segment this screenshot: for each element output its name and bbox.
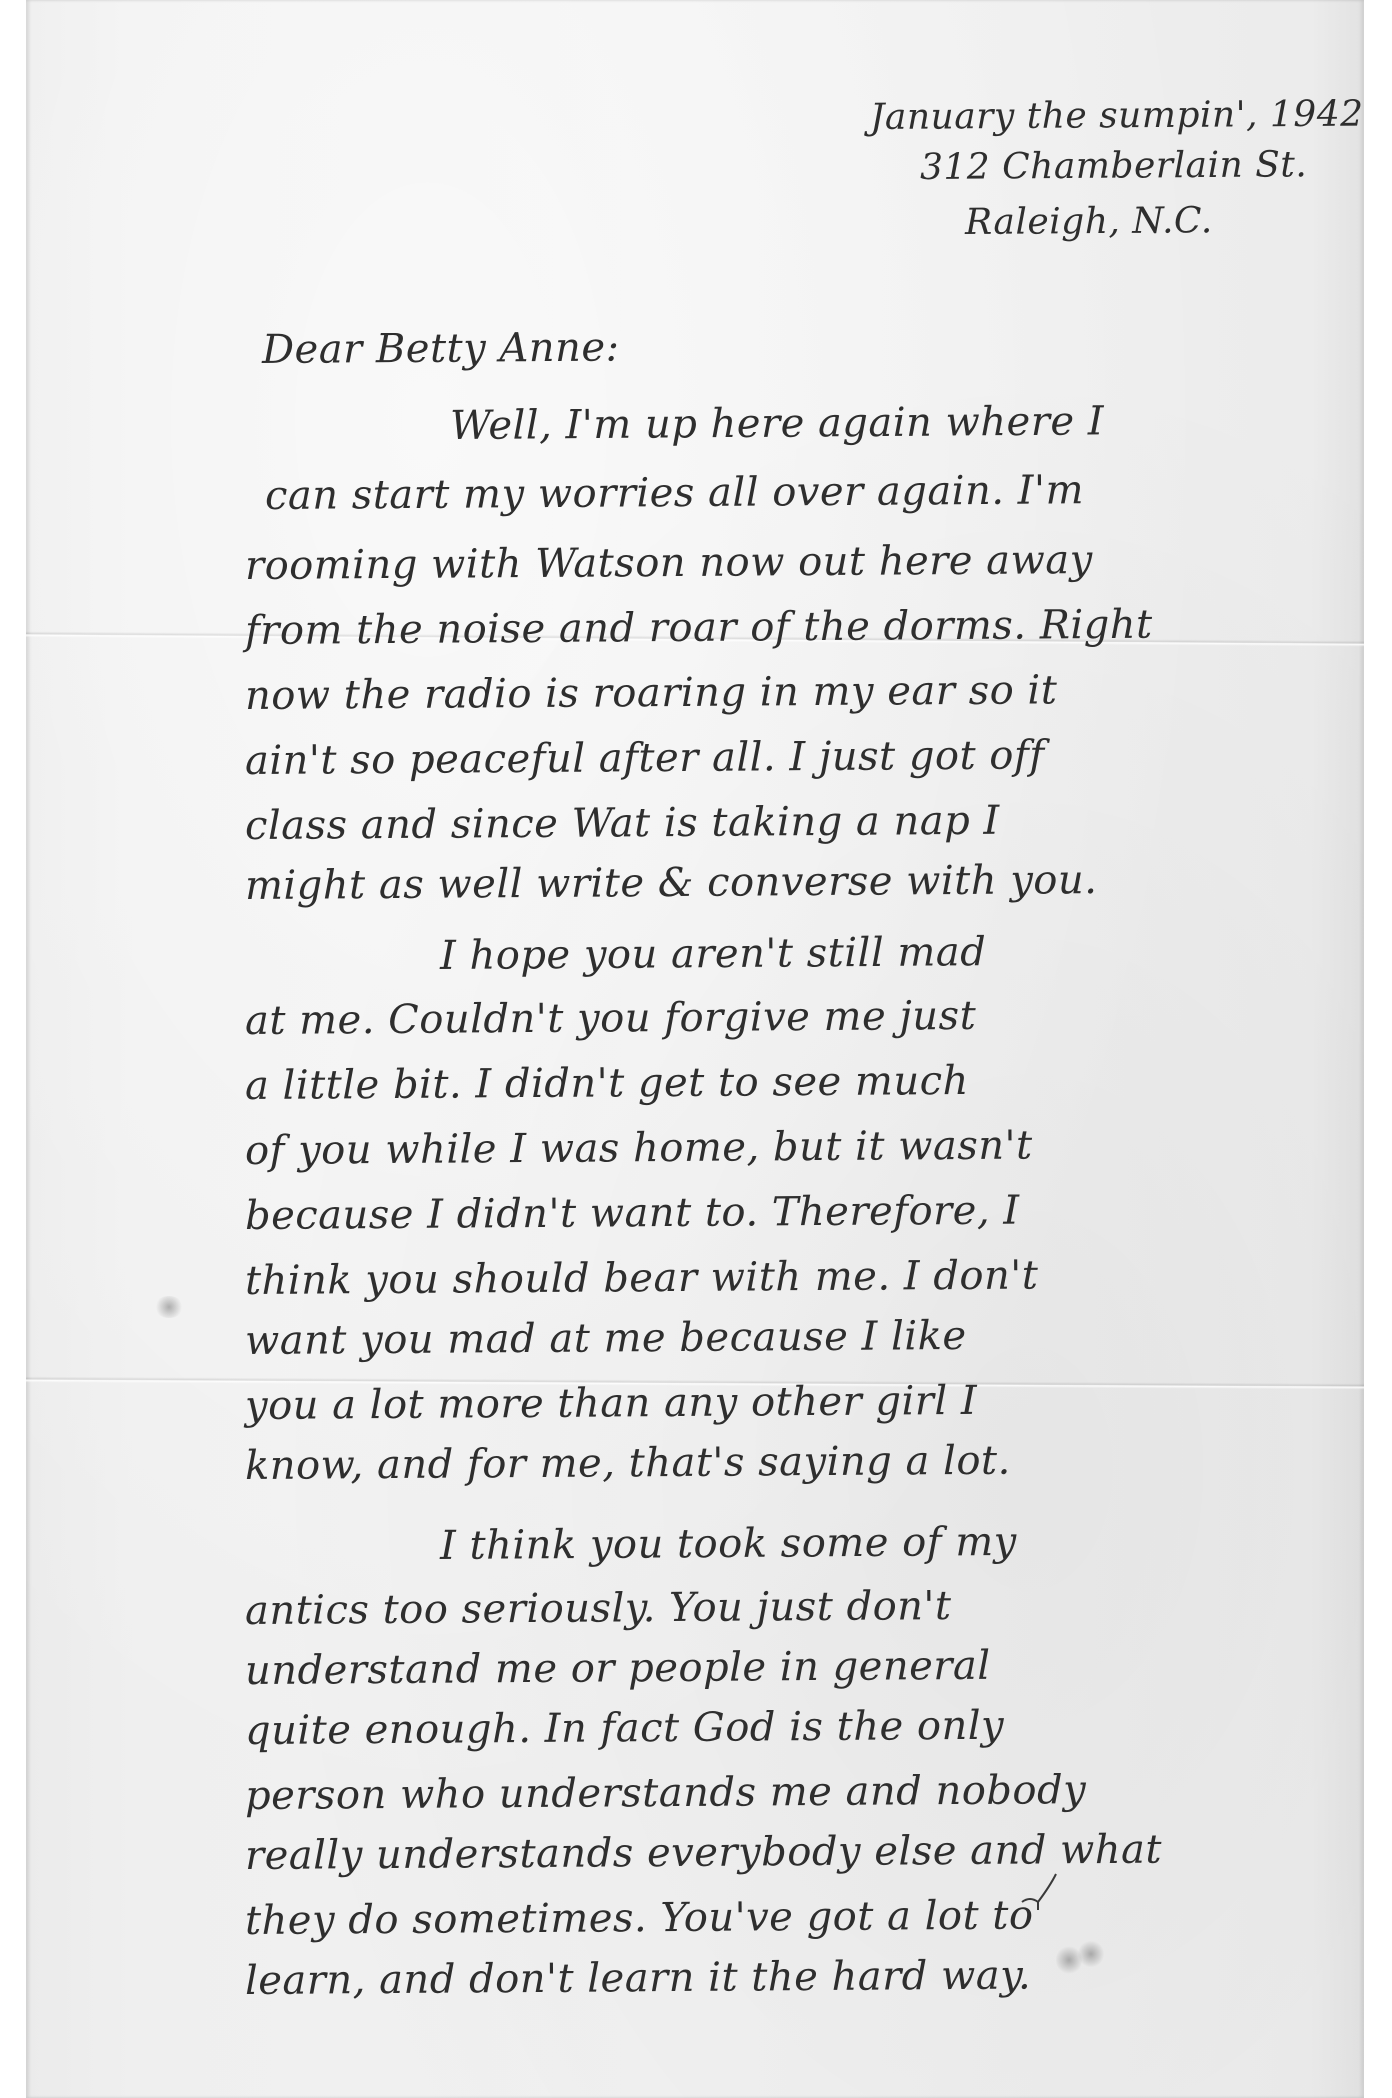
- ink-stain: [1078, 1940, 1104, 1968]
- letter-line: I think you took some of my: [440, 1522, 1017, 1566]
- letter-line: of you while I was home, but it wasn't: [245, 1126, 1033, 1171]
- ink-stain: [154, 1296, 184, 1318]
- letter-line: quite enough. In fact God is the only: [245, 1706, 1004, 1751]
- letter-line: person who understands me and nobody: [245, 1770, 1087, 1816]
- letter-line: now the radio is roaring in my ear so it: [245, 670, 1058, 716]
- letter-line: they do sometimes. You've got a lot to: [245, 1895, 1034, 1941]
- letter-line: class and since Wat is taking a nap I: [245, 801, 1000, 846]
- letter-line: I hope you aren't still mad: [440, 932, 987, 976]
- letter-line: learn, and don't learn it the hard way.: [245, 1956, 1031, 2001]
- letter-line: antics too seriously. You just don't: [245, 1586, 952, 1631]
- letter-line: you a lot more than any other girl I: [245, 1381, 978, 1426]
- letter-line: understand me or people in general: [245, 1646, 991, 1691]
- letter-line: ain't so peaceful after all. I just got …: [245, 735, 1045, 781]
- letter-line: rooming with Watson now out here away: [245, 540, 1093, 586]
- letter-line: think you should bear with me. I don't: [245, 1255, 1039, 1301]
- letter-line: can start my worries all over again. I'm: [265, 470, 1084, 516]
- letter-line: might as well write & converse with you.: [245, 860, 1098, 906]
- letter-line: Well, I'm up here again where I: [450, 401, 1104, 446]
- salutation: Dear Betty Anne:: [262, 328, 620, 370]
- address-street: 312 Chamberlain St.: [920, 147, 1307, 186]
- letter-line: at me. Couldn't you forgive me just: [245, 996, 976, 1041]
- closing-flourish: [1020, 1872, 1060, 1912]
- letter-line: really understands everybody else and wh…: [245, 1830, 1162, 1876]
- letter-line: want you mad at me because I like: [245, 1316, 967, 1361]
- letter-date: January the sumpin', 1942: [870, 97, 1364, 136]
- letter-line: a little bit. I didn't get to see much: [245, 1061, 969, 1106]
- address-city: Raleigh, N.C.: [965, 203, 1213, 241]
- letter-line: because I didn't want to. Therefore, I: [245, 1191, 1020, 1236]
- letter-line: from the noise and roar of the dorms. Ri…: [245, 605, 1153, 651]
- letter-line: know, and for me, that's saying a lot.: [245, 1441, 1011, 1486]
